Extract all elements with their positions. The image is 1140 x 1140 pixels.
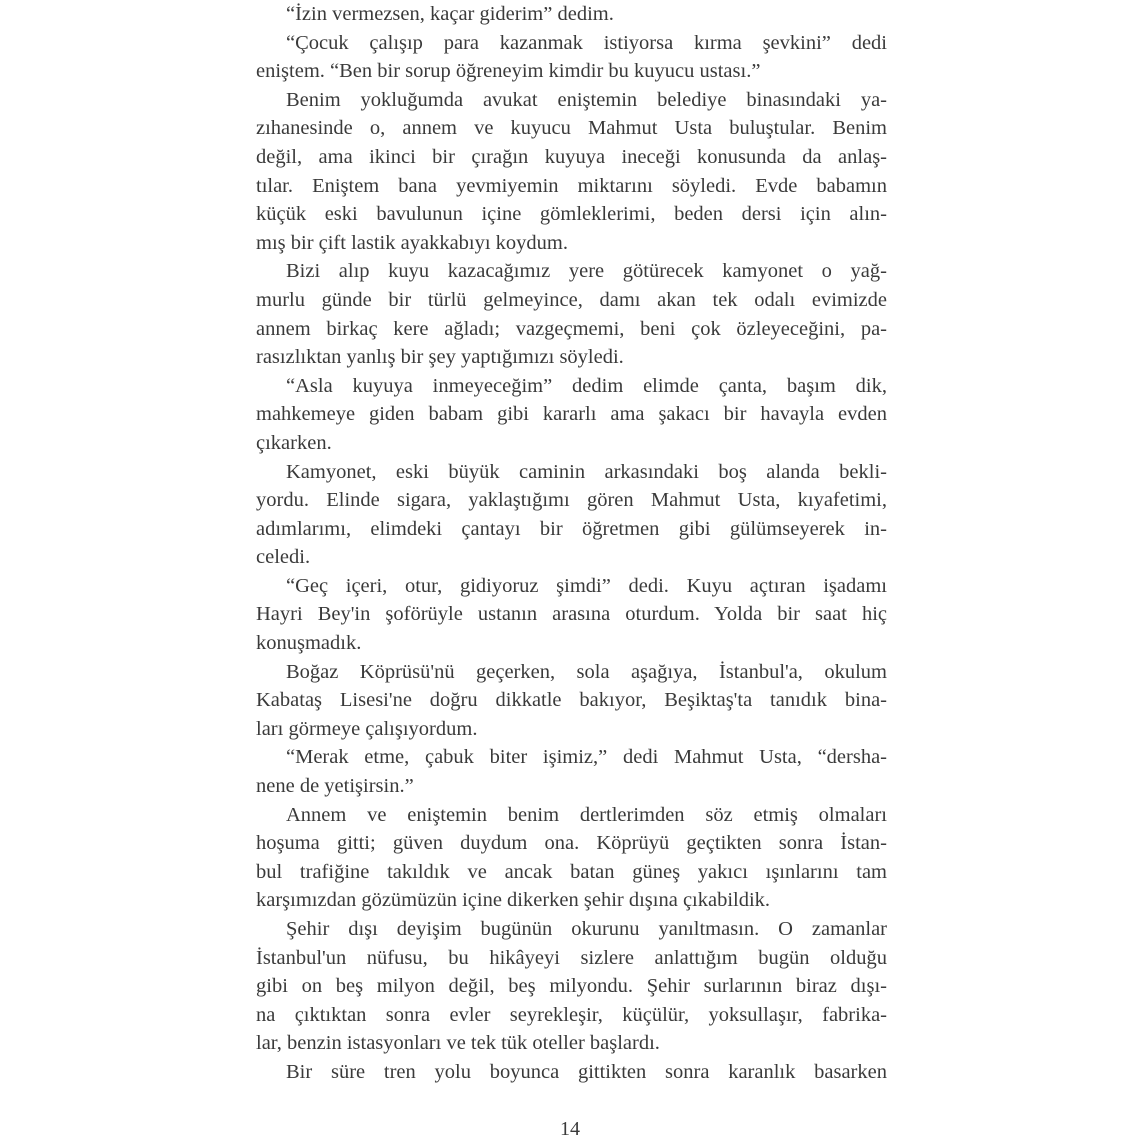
text-line: Boğaz Köprüsü'nü geçerken, sola aşağıya,…	[256, 658, 887, 687]
text-line: yordu. Elinde sigara, yaklaştığımı gören…	[256, 486, 887, 515]
text-line: na çıktıktan sonra evler seyrekleşir, kü…	[256, 1001, 887, 1030]
text-line: “Merak etme, çabuk biter işimiz,” dedi M…	[256, 743, 887, 772]
text-line: “Çocuk çalışıp para kazanmak istiyorsa k…	[256, 29, 887, 58]
text-line: Bir süre tren yolu boyunca gittikten son…	[256, 1058, 887, 1087]
text-line: bul trafiğine takıldık ve ancak batan gü…	[256, 858, 887, 887]
text-line: Bizi alıp kuyu kazacağımız yere götürece…	[256, 257, 887, 286]
text-line: tılar. Eniştem bana yevmiyemin miktarını…	[256, 172, 887, 201]
text-line: Hayri Bey'in şoförüyle ustanın arasına o…	[256, 600, 887, 629]
text-line: ları görmeye çalışıyordum.	[256, 715, 887, 744]
text-line: Kabataş Lisesi'ne doğru dikkatle bakıyor…	[256, 686, 887, 715]
text-line: Benim yokluğumda avukat eniştemin beledi…	[256, 86, 887, 115]
text-line: çıkarken.	[256, 429, 887, 458]
text-line: adımlarımı, elimdeki çantayı bir öğretme…	[256, 515, 887, 544]
text-line: rasızlıktan yanlış bir şey yaptığımızı s…	[256, 343, 887, 372]
text-line: karşımızdan gözümüzün içine dikerken şeh…	[256, 886, 887, 915]
text-line: Kamyonet, eski büyük caminin arkasındaki…	[256, 458, 887, 487]
text-line: hoşuma gitti; güven duydum ona. Köprüyü …	[256, 829, 887, 858]
text-line: celedi.	[256, 543, 887, 572]
text-line: gibi on beş milyon değil, beş milyondu. …	[256, 972, 887, 1001]
book-page-text: “İzin vermezsen, kaçar giderim” dedim.“Ç…	[256, 0, 887, 1087]
text-line: eniştem. “Ben bir sorup öğreneyim kimdir…	[256, 57, 887, 86]
text-line: “İzin vermezsen, kaçar giderim” dedim.	[256, 0, 887, 29]
text-line: nene de yetişirsin.”	[256, 772, 887, 801]
text-line: değil, ama ikinci bir çırağın kuyuya ine…	[256, 143, 887, 172]
text-line: zıhanesinde o, annem ve kuyucu Mahmut Us…	[256, 114, 887, 143]
page-number: 14	[0, 1118, 1140, 1140]
text-line: İstanbul'un nüfusu, bu hikâyeyi sizlere …	[256, 944, 887, 973]
text-line: “Asla kuyuya inmeyeceğim” dedim elimde ç…	[256, 372, 887, 401]
text-line: “Geç içeri, otur, gidiyoruz şimdi” dedi.…	[256, 572, 887, 601]
text-line: annem birkaç kere ağladı; vazgeçmemi, be…	[256, 315, 887, 344]
text-line: küçük eski bavulunun içine gömleklerimi,…	[256, 200, 887, 229]
text-line: murlu günde bir türlü gelmeyince, damı a…	[256, 286, 887, 315]
text-line: Annem ve eniştemin benim dertlerimden sö…	[256, 801, 887, 830]
text-line: mahkemeye giden babam gibi kararlı ama ş…	[256, 400, 887, 429]
text-line: lar, benzin istasyonları ve tek tük otel…	[256, 1029, 887, 1058]
text-line: mış bir çift lastik ayakkabıyı koydum.	[256, 229, 887, 258]
text-line: Şehir dışı deyişim bugünün okurunu yanıl…	[256, 915, 887, 944]
text-line: konuşmadık.	[256, 629, 887, 658]
